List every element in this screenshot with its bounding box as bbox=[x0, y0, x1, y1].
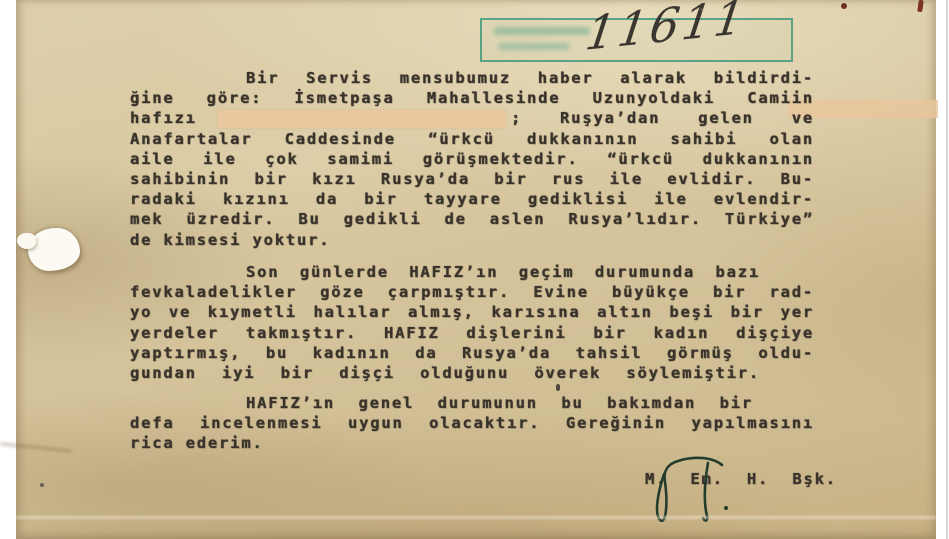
scanned-document: 11611 Bir Servis mensubumuz haber alarak… bbox=[0, 0, 949, 539]
text-line: Son günlerde HAFIZ’ın geçim durumunda ba… bbox=[130, 262, 760, 282]
scan-edge-line bbox=[946, 0, 948, 539]
ink-speck bbox=[841, 3, 847, 9]
text-line: HAFIZ’ın genel durumunun bu bakımdan bir bbox=[130, 393, 753, 413]
text-line: de kimsesi yoktur. bbox=[130, 230, 814, 250]
typed-paragraph-2: Son günlerde HAFIZ’ın geçim durumunda ba… bbox=[130, 262, 814, 383]
text-line: ğine göre: İsmetpaşa Mahallesinde Uzunyo… bbox=[130, 88, 814, 108]
ink-speck bbox=[556, 384, 560, 391]
text-line: yerdeler takmıştır. HAFIZ dişlerini bir … bbox=[130, 323, 814, 343]
text-line: yaptırmış, bu kadının da Rusya’da tahsil… bbox=[130, 343, 814, 363]
text-line: aile ile çok samimi görüşmektedir. “ürkc… bbox=[130, 149, 814, 169]
stamp-faded-text-smudge bbox=[498, 43, 570, 50]
text-line: yo ve kıymetli halılar almış, karısına a… bbox=[130, 302, 814, 322]
text-line: gundan iyi bir dişçi olduğunu överek söy… bbox=[130, 363, 760, 383]
typed-paragraph-3: HAFIZ’ın genel durumunun bu bakımdan bir… bbox=[130, 393, 814, 454]
text-line: ; Ruşya’dan gelen ve bbox=[511, 108, 814, 128]
text-line: rica ederim. bbox=[130, 433, 814, 453]
paper-crease bbox=[16, 516, 936, 519]
typed-paragraph-1: Bir Servis mensubumuz haber alarak bildi… bbox=[130, 68, 814, 250]
text-line: Anafartalar Caddesinde “ürkcü dukkanının… bbox=[130, 129, 814, 149]
text-line: defa incelenmesi uygun olacaktır. Gereği… bbox=[130, 413, 814, 433]
text-line: sahibinin bir kızı Rusya’da bir rus ile … bbox=[130, 169, 814, 189]
stamp-faded-text-smudge bbox=[494, 27, 590, 35]
ink-speck bbox=[700, 8, 703, 11]
text-line: mek üzredir. Bu gedikli de aslen Rusya’l… bbox=[130, 209, 814, 229]
ink-speck bbox=[40, 483, 44, 487]
text-line-with-redaction: hafızı ; Ruşya’dan gelen ve bbox=[130, 108, 814, 128]
text-line: Bir Servis mensubumuz haber alarak bildi… bbox=[130, 68, 814, 88]
text-line: fevkaladelikler göze çarpmıştır. Evine b… bbox=[130, 282, 814, 302]
text-line: radaki kızını da bir tayyare gediklisi i… bbox=[130, 189, 814, 209]
text-line: hafızı bbox=[130, 109, 197, 127]
